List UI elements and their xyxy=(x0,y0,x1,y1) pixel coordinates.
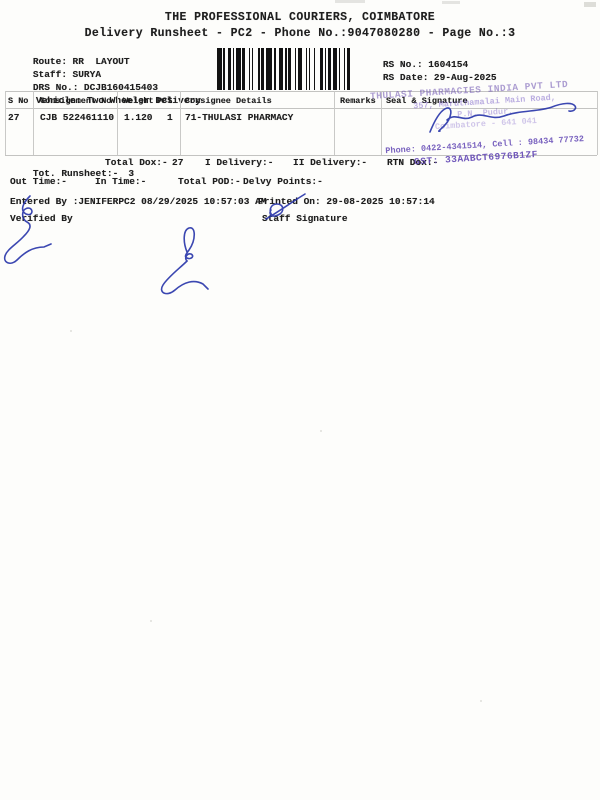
table-col-border xyxy=(381,91,382,155)
col-header-remarks: Remarks xyxy=(340,96,376,106)
table-col-border xyxy=(5,91,6,155)
total-dox-value: 27 xyxy=(172,157,183,168)
table-col-border xyxy=(33,91,34,155)
row-weight: 1.120 xyxy=(124,112,153,123)
col-header-consignment: Consignment No xyxy=(40,96,111,106)
delivery-runsheet-page: THE PROFESSIONAL COURIERS, COIMBATORE De… xyxy=(0,0,600,800)
col-header-sno: S No xyxy=(8,96,28,106)
scan-artifact xyxy=(335,0,365,3)
scan-artifact xyxy=(584,2,596,7)
scan-artifact xyxy=(480,700,482,702)
barcode-icon xyxy=(217,48,355,90)
scan-artifact xyxy=(70,330,72,332)
col-header-pcs: PCS xyxy=(157,96,172,106)
table-top-border xyxy=(5,91,597,92)
row-sno: 27 xyxy=(8,112,19,123)
verified-by-label: Verified By xyxy=(10,213,73,224)
row-consignment: CJB 522461110 xyxy=(40,112,114,123)
entered-by-line: Entered By :JENIFERPC2 08/29/2025 10:57:… xyxy=(10,196,267,207)
table-col-border xyxy=(334,91,335,155)
col-header-weight: Weight xyxy=(123,96,154,106)
table-col-border xyxy=(180,91,181,155)
row-consignee: 71-THULASI PHARMACY xyxy=(185,112,293,123)
i-delivery-label: I Delivery:- xyxy=(205,157,273,168)
table-col-border xyxy=(117,91,118,155)
rtn-dox-label: RTN Dox:- xyxy=(387,157,438,168)
rs-date-label: RS Date: xyxy=(383,72,429,83)
total-dox-label: Total Dox:- xyxy=(105,157,168,168)
table-col-border xyxy=(597,91,598,155)
row-pcs: 1 xyxy=(167,112,173,123)
table-bottom-border xyxy=(5,155,597,156)
delvy-points-label: Delvy Points:- xyxy=(243,176,323,187)
ii-delivery-label: II Delivery:- xyxy=(293,157,367,168)
in-time-label: In Time:- xyxy=(95,176,146,187)
company-title: THE PROFESSIONAL COURIERS, COIMBATORE xyxy=(0,11,600,24)
scan-artifact xyxy=(320,430,322,432)
scan-artifact xyxy=(442,1,460,4)
col-header-consignee: Consignee Details xyxy=(185,96,272,106)
out-time-label: Out Time:- xyxy=(10,176,67,187)
stamp-phone-line: Phone: 0422-4341514, Cell : 98434 77732 xyxy=(385,134,584,156)
total-pod-label: Total POD:- xyxy=(178,176,241,187)
printed-on-line: Printed On: 29-08-2025 10:57:14 xyxy=(258,196,435,207)
rs-date-line: RS Date:29-Aug-2025 xyxy=(360,61,497,94)
stamp-address-line3: Coimbatore - 641 041 xyxy=(370,112,600,136)
scan-artifact xyxy=(150,620,152,622)
table-header-border xyxy=(5,108,597,109)
rs-date-value: 29-Aug-2025 xyxy=(434,72,497,83)
center-signature xyxy=(162,228,208,294)
col-header-seal: Seal & Signature xyxy=(386,96,468,106)
runsheet-subtitle: Delivery Runsheet - PC2 - Phone No.:9047… xyxy=(0,27,600,40)
staff-signature-label: Staff Signature xyxy=(262,213,348,224)
